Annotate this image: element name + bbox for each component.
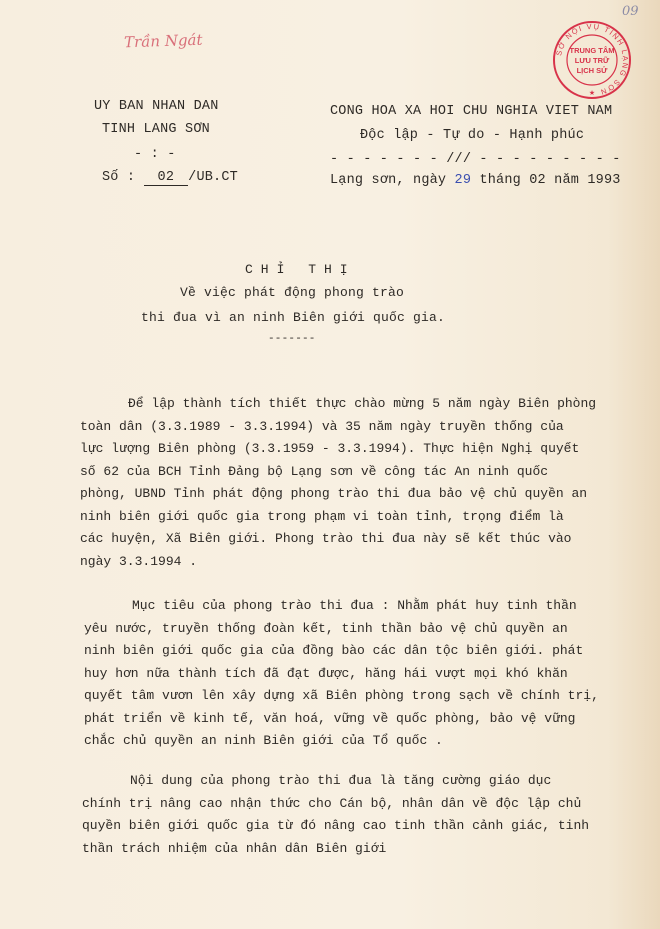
paragraph-line: Mục tiêu của phong trào thi đua : Nhằm p… [84, 595, 624, 618]
paragraph-line: ninh biên giới quốc gia trong phạm vi to… [80, 506, 620, 529]
national-title: CONG HOA XA HOI CHU NGHIA VIET NAM [330, 104, 612, 119]
paragraph-line: yêu nước, truyền thống đoàn kết, tinh th… [84, 618, 624, 641]
paragraph-line: ngày 3.3.1994 . [80, 551, 620, 574]
issuer-separator: - : - [134, 147, 176, 162]
number-suffix: /UB.CT [188, 170, 238, 185]
document-type-heading: CHỈ THỊ [245, 262, 356, 277]
paragraph-line: quyền biên giới quốc gia từ đó nâng cao … [82, 815, 622, 838]
handwritten-name-annotation: Trần Ngát [124, 31, 203, 52]
header-separator: - - - - - - - /// - - - - - - - - - [330, 152, 621, 167]
scanned-document-page: Trần Ngát 09 SỞ NỘI VỤ TỈNH LẠNG SƠN TRU… [0, 0, 660, 929]
paragraph-1: Để lập thành tích thiết thực chào mừng 5… [80, 393, 620, 573]
paragraph-line: các huyện, Xã Biên giới. Phong trào thi … [80, 528, 620, 551]
issuer-line-2: TINH LANG SƠN [102, 122, 210, 137]
paragraph-line: lực lượng Biên phòng (3.3.1959 - 3.3.199… [80, 438, 620, 461]
issuer-line-1: UY BAN NHAN DAN [94, 99, 219, 114]
paragraph-line: Để lập thành tích thiết thực chào mừng 5… [80, 393, 620, 416]
paragraph-line: thần trách nhiệm của nhân dân Biên giới [82, 838, 622, 861]
paragraph-line: huy hơn nữa thành tích đã đạt được, hăng… [84, 663, 624, 686]
number-label: Số : [102, 170, 135, 185]
svg-text:TRUNG TÂM: TRUNG TÂM [570, 46, 615, 55]
paragraph-3: Nội dung của phong trào thi đua là tăng … [82, 770, 622, 860]
paragraph-line: toàn dân (3.3.1989 - 3.3.1994) và 35 năm… [80, 416, 620, 439]
title-rule: ------- [268, 333, 316, 345]
subject-line-2: thi đua vì an ninh Biên giới quốc gia. [141, 310, 445, 325]
date-prefix: Lạng sơn, ngày [330, 173, 446, 188]
paragraph-line: chắc chủ quyền an ninh Biên giới của Tổ … [84, 730, 624, 753]
svg-text:LƯU TRỮ: LƯU TRỮ [575, 56, 610, 65]
paragraph-line: số 62 của BCH Tỉnh Đảng bộ Lạng sơn về c… [80, 461, 620, 484]
subject-line-1: Về việc phát động phong trào [180, 285, 404, 300]
date-rest: tháng 02 năm 1993 [479, 173, 620, 188]
paragraph-line: ninh biên giới quốc gia của đồng bào các… [84, 640, 624, 663]
document-number: Số : 02/UB.CT [102, 170, 238, 185]
stamp-seal-icon: SỞ NỘI VỤ TỈNH LẠNG SƠN TRUNG TÂM LƯU TR… [552, 20, 632, 100]
paragraph-line: chính trị nâng cao nhận thức cho Cán bộ,… [82, 793, 622, 816]
paragraph-line: quyết tâm vươn lên xây dựng xã Biên phòn… [84, 685, 624, 708]
svg-text:★: ★ [589, 89, 595, 97]
paragraph-line: Nội dung của phong trào thi đua là tăng … [82, 770, 622, 793]
paragraph-line: phát triển về kinh tế, văn hoá, vững về … [84, 708, 624, 731]
archive-stamp: SỞ NỘI VỤ TỈNH LẠNG SƠN TRUNG TÂM LƯU TR… [552, 20, 632, 100]
date-day: 29 [455, 173, 472, 188]
paragraph-line: phòng, UBND Tỉnh phát động phong trào th… [80, 483, 620, 506]
number-value: 02 [144, 170, 189, 186]
svg-text:LỊCH SỬ: LỊCH SỬ [577, 66, 609, 75]
national-motto: Độc lập - Tự do - Hạnh phúc [360, 128, 584, 143]
page-number-annotation: 09 [622, 4, 639, 19]
place-date: Lạng sơn, ngày 29 tháng 02 năm 1993 [330, 173, 621, 188]
paragraph-2: Mục tiêu của phong trào thi đua : Nhằm p… [84, 595, 624, 753]
